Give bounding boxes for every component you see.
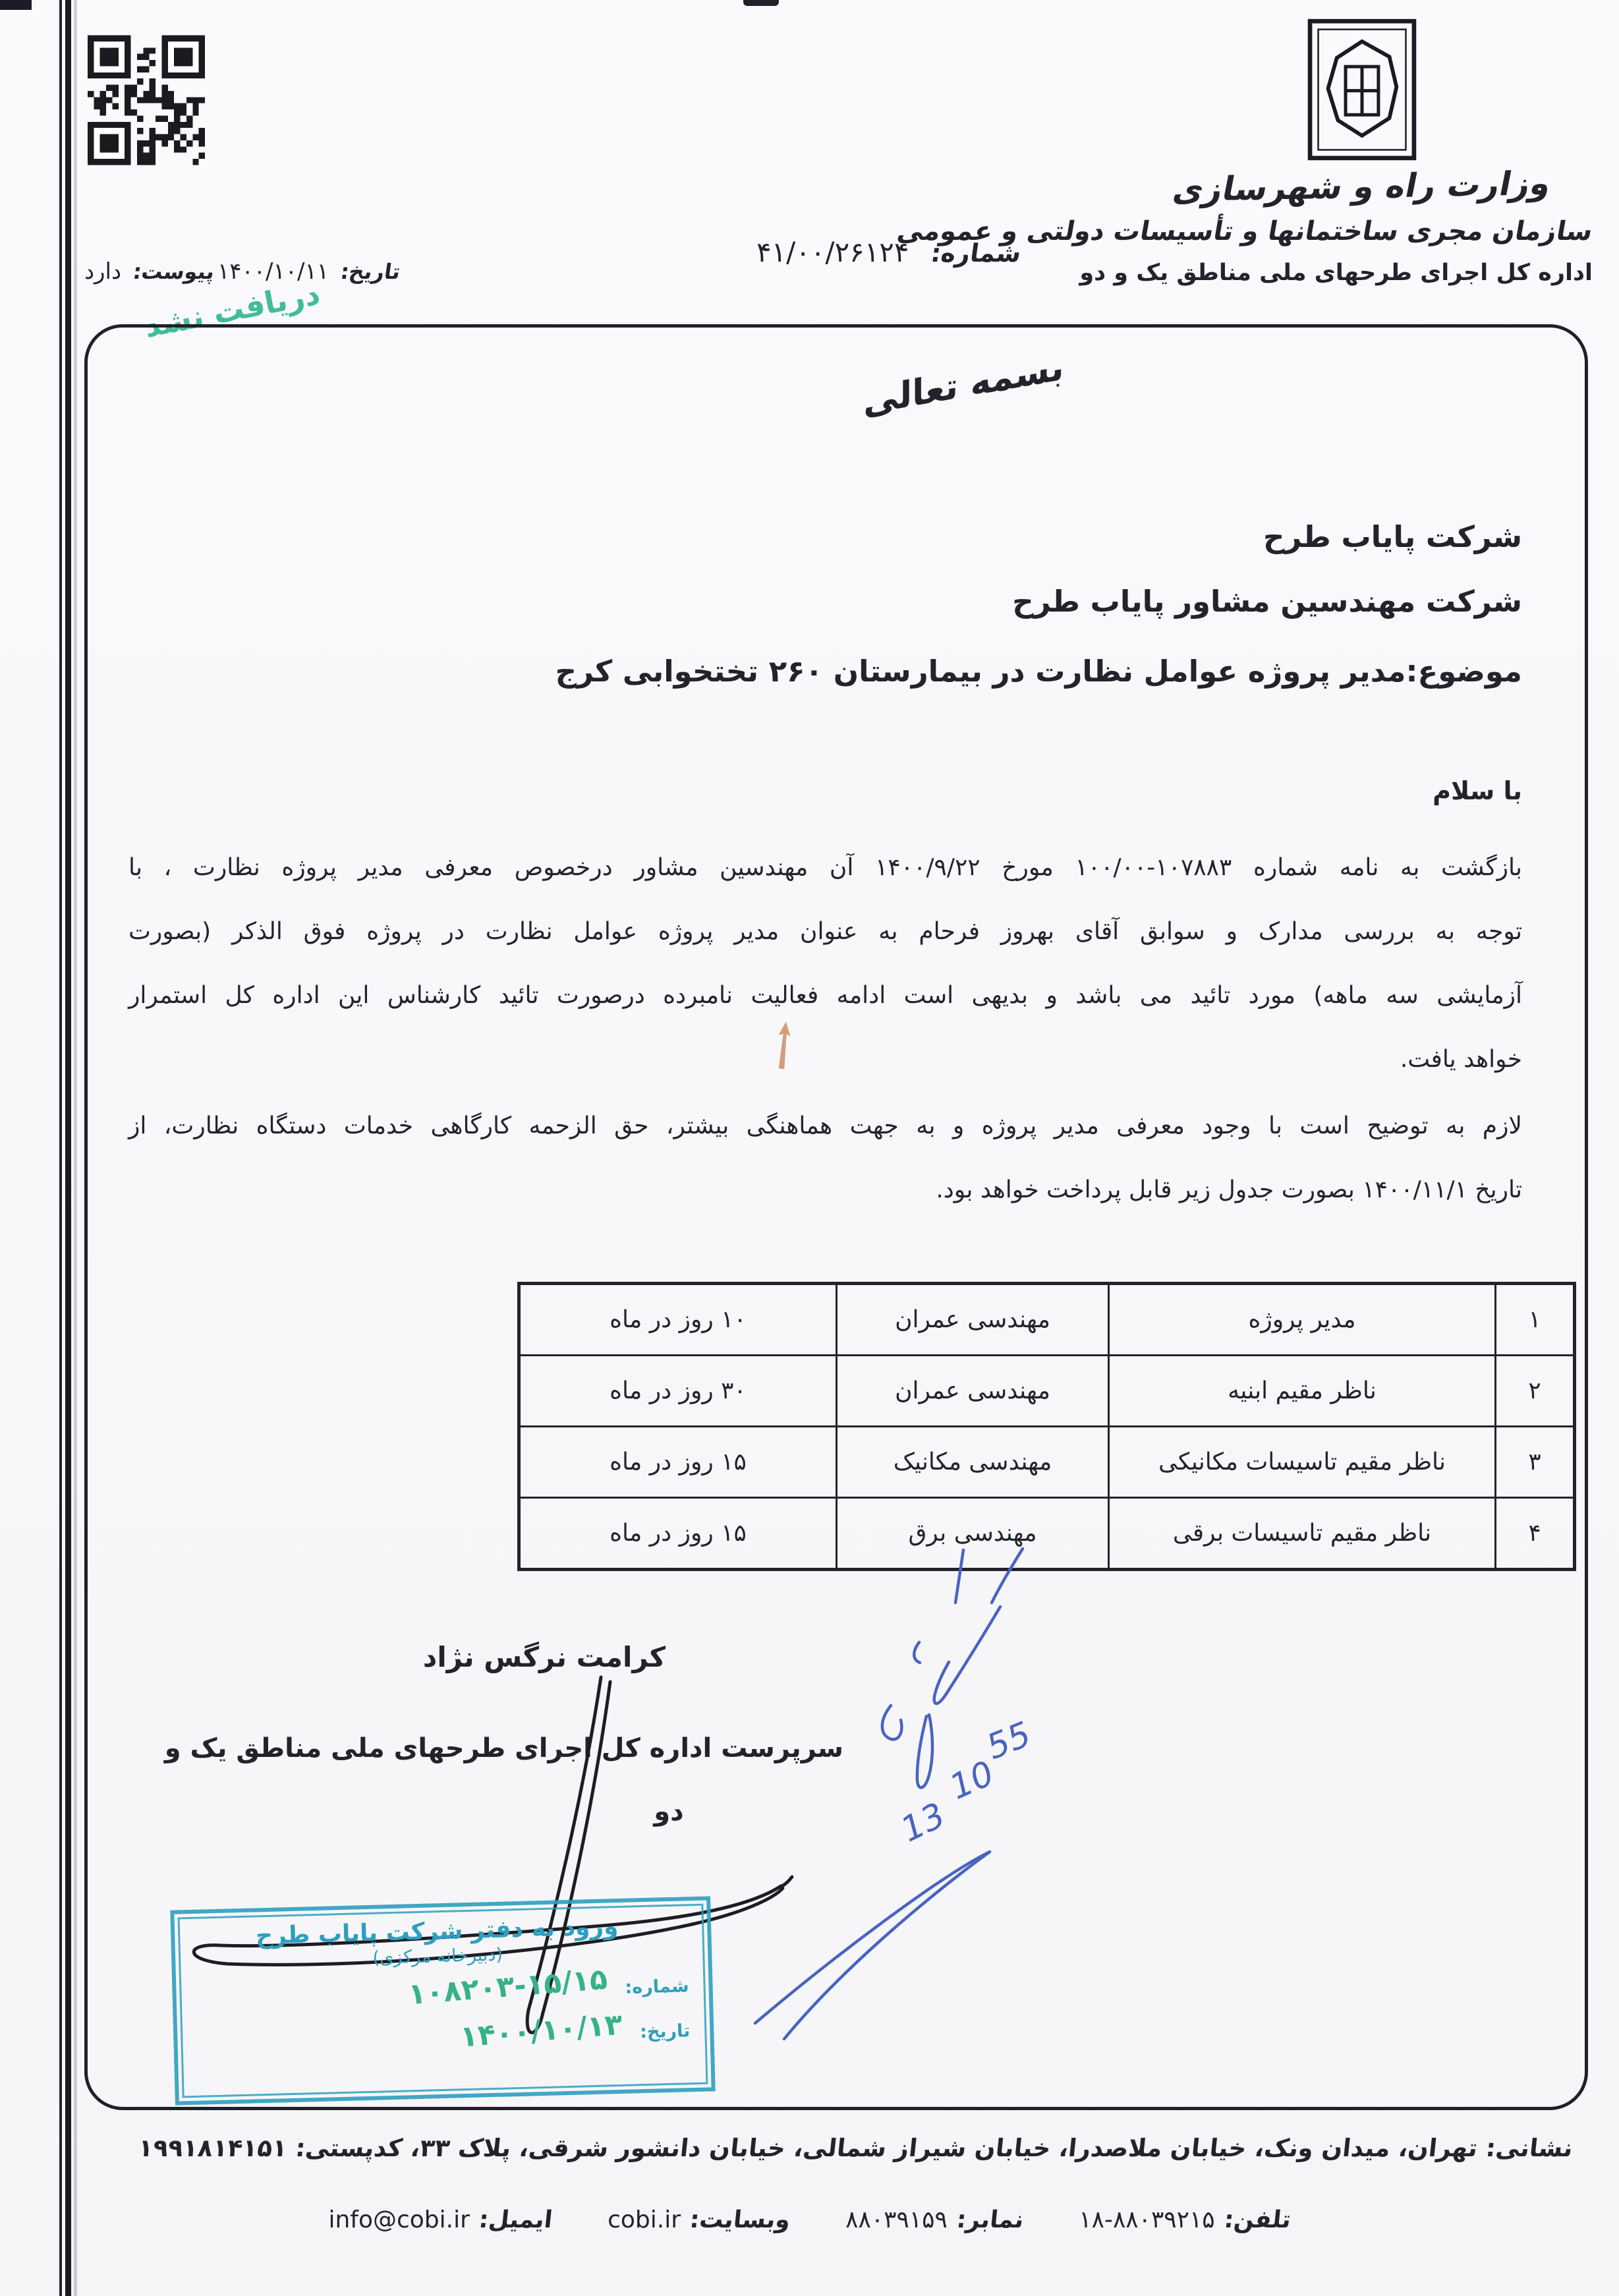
letter-number-value: ۴۱/۰۰/۲۶۱۲۴: [756, 236, 909, 268]
besmele: بسمه تعالی: [862, 364, 1065, 405]
scan-edge-artifact: [59, 0, 62, 2296]
organization-name: سازمان مجری ساختمانها و تأسیسات دولتی و …: [1131, 216, 1593, 246]
email-value: info@cobi.ir: [328, 2206, 469, 2233]
footer-fax: نمابر: ۸۸۰۳۹۱۵۹: [845, 2206, 1023, 2233]
qr-code: [88, 34, 205, 166]
stamp-number-value: ۱۰۸۲۰۳-۱۵/۱۵: [407, 1962, 609, 2011]
salutation: با سلام: [1433, 776, 1522, 805]
table-row: ۱ مدیر پروژه مهندسی عمران ۱۰ روز در ماه: [519, 1284, 1575, 1356]
scan-edge-artifact: [74, 0, 77, 2296]
scan-top-artifact: [743, 0, 779, 6]
cell-row-number: ۱: [1496, 1284, 1575, 1356]
table-row: ۲ ناظر مقیم ابنیه مهندسی عمران ۳۰ روز در…: [519, 1356, 1575, 1427]
body-line: خواهد یافت.: [128, 1027, 1522, 1091]
blue-pen-flourish: [784, 1852, 990, 2039]
scanned-letter-page: وزارت راه و شهرسازی سازمان مجری ساختمانه…: [0, 0, 1619, 2296]
letter-date-label: تاریخ:: [339, 259, 402, 284]
body-line: بازگشت به نامه شماره ۱۰۷۸۸۳-۱۰۰/۰۰ مورخ …: [128, 836, 1522, 900]
stamp-number-label: شماره:: [625, 1976, 689, 1998]
body-line: توجه به بررسی مدارک و سوابق آقای بهروز ف…: [128, 900, 1522, 963]
cell-row-number: ۴: [1496, 1498, 1575, 1570]
body-line: لازم به توضیح است با وجود معرفی مدیر پرو…: [128, 1094, 1522, 1158]
website-label: وبسایت:: [689, 2206, 791, 2233]
entry-stamp-frame: ورود به دفتر شرکت پایاب طرح (دبیرخانه مر…: [178, 1904, 708, 2098]
footer-address: نشانی: تهران، میدان ونک، خیابان ملاصدرا،…: [198, 2134, 1573, 2162]
department-name: اداره کل اجرای طرحهای ملی مناطق یک و دو: [1131, 260, 1593, 286]
subject-line: موضوع:مدیر پروژه عوامل نظارت در بیمارستا…: [555, 654, 1522, 689]
body-paragraph-2: لازم به توضیح است با وجود معرفی مدیر پرو…: [128, 1094, 1522, 1222]
body-line: تاریخ ۱۴۰۰/۱۱/۱ بصورت جدول زیر قابل پردا…: [128, 1158, 1522, 1222]
entry-stamp: ورود به دفتر شرکت پایاب طرح (دبیرخانه مر…: [170, 1896, 715, 2105]
ministry-name: وزارت راه و شهرسازی: [1131, 167, 1593, 206]
body-line: آزمایشی سه ماهه) مورد تائید می باشد و بد…: [128, 963, 1522, 1027]
footer-phone: تلفن: ۱۸-۸۸۰۳۹۲۱۵: [1079, 2206, 1290, 2233]
cell-days: ۱۵ روز در ماه: [519, 1427, 837, 1498]
letter-attachment-label: پیوست:: [131, 259, 216, 284]
cell-field: مهندسی عمران: [837, 1356, 1109, 1427]
footer-contacts: تلفن: ۱۸-۸۸۰۳۹۲۱۵ نمابر: ۸۸۰۳۹۱۵۹ وبسایت…: [40, 2206, 1579, 2233]
table-row: ۳ ناظر مقیم تاسیسات مکانیکی مهندسی مکانی…: [519, 1427, 1575, 1498]
letter-number: شماره: ۴۱/۰۰/۲۶۱۲۴: [586, 236, 1021, 268]
cell-days: ۳۰ روز در ماه: [519, 1356, 837, 1427]
letter-number-label: شماره:: [929, 239, 1023, 268]
recipient-line-1: شرکت پایاب طرح: [1263, 519, 1522, 554]
stamp-date-label: تاریخ:: [640, 2021, 691, 2042]
fax-label: نمابر:: [955, 2206, 1025, 2233]
cell-role: ناظر مقیم تاسیسات مکانیکی: [1109, 1427, 1496, 1498]
phone-value: ۱۸-۸۸۰۳۹۲۱۵: [1079, 2206, 1214, 2233]
stamp-date-row: تاریخ: ۱۴۰۰/۱۰/۱۳: [189, 2011, 691, 2063]
scan-edge-artifact: [65, 0, 71, 2296]
cell-days: ۱۰ روز در ماه: [519, 1284, 837, 1356]
ministry-logo-icon: [1307, 18, 1417, 161]
footer-website: وبسایت: cobi.ir: [608, 2206, 790, 2233]
cell-row-number: ۳: [1496, 1427, 1575, 1498]
email-label: ایمیل:: [478, 2206, 554, 2233]
letterhead: وزارت راه و شهرسازی سازمان مجری ساختمانه…: [1131, 18, 1593, 286]
cell-field: مهندسی مکانیک: [837, 1427, 1109, 1498]
letter-attachment-value: دارد: [84, 258, 121, 285]
footer-email: ایمیل: info@cobi.ir: [328, 2206, 552, 2233]
letter-attachment: پیوست: دارد: [84, 258, 214, 285]
cell-field: مهندسی عمران: [837, 1284, 1109, 1356]
website-value: cobi.ir: [608, 2206, 681, 2233]
scan-corner-artifact: [0, 0, 32, 10]
recipient-line-2: شرکت مهندسین مشاور پایاب طرح: [1012, 584, 1522, 619]
fee-table: ۱ مدیر پروژه مهندسی عمران ۱۰ روز در ماه …: [517, 1282, 1576, 1571]
cell-row-number: ۲: [1496, 1356, 1575, 1427]
cell-role: مدیر پروژه: [1109, 1284, 1496, 1356]
body-paragraph-1: بازگشت به نامه شماره ۱۰۷۸۸۳-۱۰۰/۰۰ مورخ …: [128, 836, 1522, 1091]
cell-role: ناظر مقیم ابنیه: [1109, 1356, 1496, 1427]
fax-value: ۸۸۰۳۹۱۵۹: [845, 2206, 948, 2233]
phone-label: تلفن:: [1222, 2206, 1292, 2233]
stamp-date-value: ۱۴۰۰/۱۰/۱۳: [459, 2007, 623, 2053]
